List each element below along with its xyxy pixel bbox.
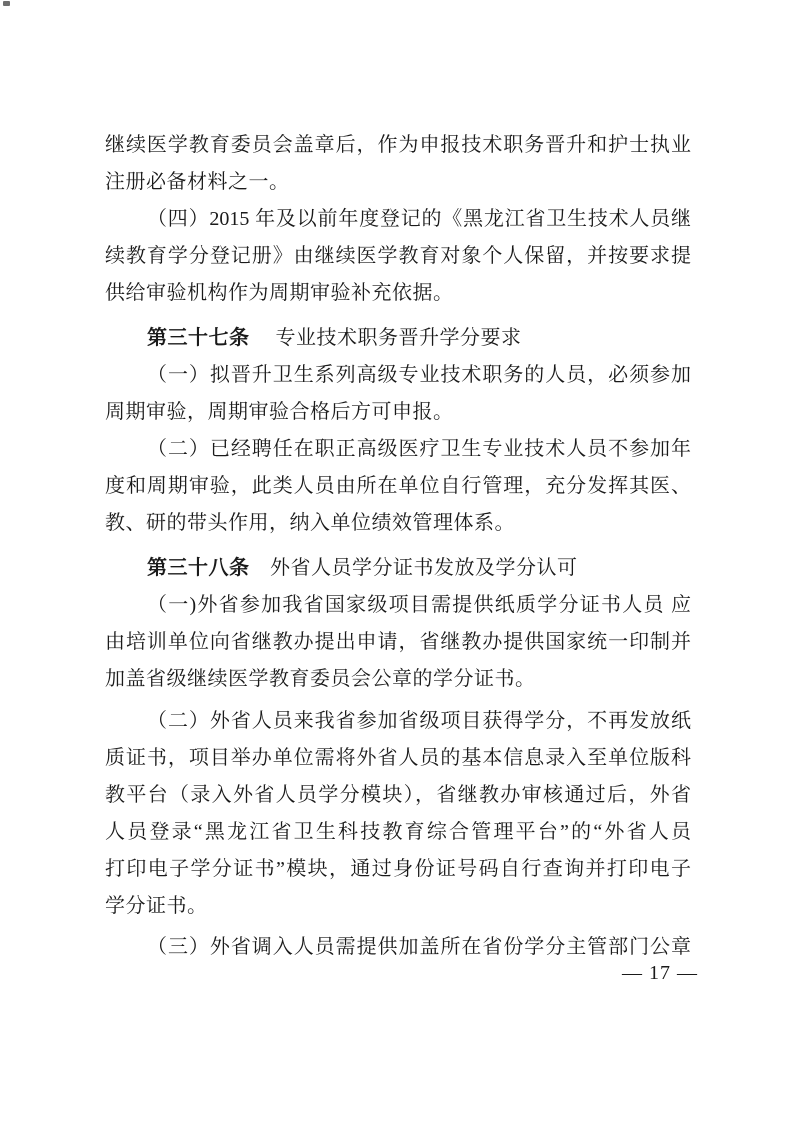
document-line: （二）已经聘任在职正高级医疗卫生专业技术人员不参加年 [105, 431, 691, 468]
article-heading: 第三十七条 专业技术职务晋升学分要求 [105, 320, 691, 357]
document-line: （一）拟晋升卫生系列高级专业技术职务的人员，必须参加 [105, 357, 691, 394]
document-line: 续教育学分登记册》由继续医学教育对象个人保留，并按要求提 [105, 238, 691, 275]
document-line: 教、研的带头作用，纳入单位绩效管理体系。 [105, 505, 691, 542]
document-line: 人员登录“黑龙江省卫生科技教育综合管理平台”的“外省人员 [105, 814, 691, 851]
document-line: （二）外省人员来我省参加省级项目获得学分，不再发放纸 [105, 703, 691, 740]
document-line: （一)外省参加我省国家级项目需提供纸质学分证书人员 应 [105, 587, 691, 624]
document-body: 继续医学教育委员会盖章后，作为申报技术职务晋升和护士执业注册必备材料之一。（四）… [105, 127, 691, 966]
document-line: 供给审验机构作为周期审验补充依据。 [105, 275, 691, 312]
scan-artifact [3, 1, 10, 6]
document-line: 学分证书。 [105, 888, 691, 925]
document-line: 度和周期审验，此类人员由所在单位自行管理，充分发挥其医、 [105, 468, 691, 505]
article-heading: 第三十八条 外省人员学分证书发放及学分认可 [105, 550, 691, 587]
document-line: 加盖省级继续医学教育委员会公章的学分证书。 [105, 661, 691, 698]
scanned-page: { "document": { "background": "#ffffff",… [0, 0, 793, 1125]
document-line: 打印电子学分证书”模块，通过身份证号码自行查询并打印电子 [105, 851, 691, 888]
document-line: 教平台（录入外省人员学分模块），省继教办审核通过后，外省 [105, 777, 691, 814]
document-line: （三）外省调入人员需提供加盖所在省份学分主管部门公章 [105, 929, 691, 966]
article-title: 专业技术职务晋升学分要求 [250, 327, 522, 349]
document-line: 继续医学教育委员会盖章后，作为申报技术职务晋升和护士执业 [105, 127, 691, 164]
page-number: — 17 — [610, 958, 710, 988]
document-line: 质证书，项目举办单位需将外省人员的基本信息录入至单位版科 [105, 740, 691, 777]
article-number: 第三十八条 [147, 557, 250, 579]
article-title: 外省人员学分证书发放及学分认可 [250, 557, 578, 579]
document-line: 注册必备材料之一。 [105, 164, 691, 201]
document-line: （四）2015 年及以前年度登记的《黑龙江省卫生技术人员继 [105, 201, 691, 238]
article-number: 第三十七条 [147, 327, 250, 349]
document-line: 周期审验，周期审验合格后方可申报。 [105, 394, 691, 431]
document-page: 继续医学教育委员会盖章后，作为申报技术职务晋升和护士执业注册必备材料之一。（四）… [0, 0, 793, 1125]
document-line: 由培训单位向省继教办提出申请，省继教办提供国家统一印制并 [105, 624, 691, 661]
